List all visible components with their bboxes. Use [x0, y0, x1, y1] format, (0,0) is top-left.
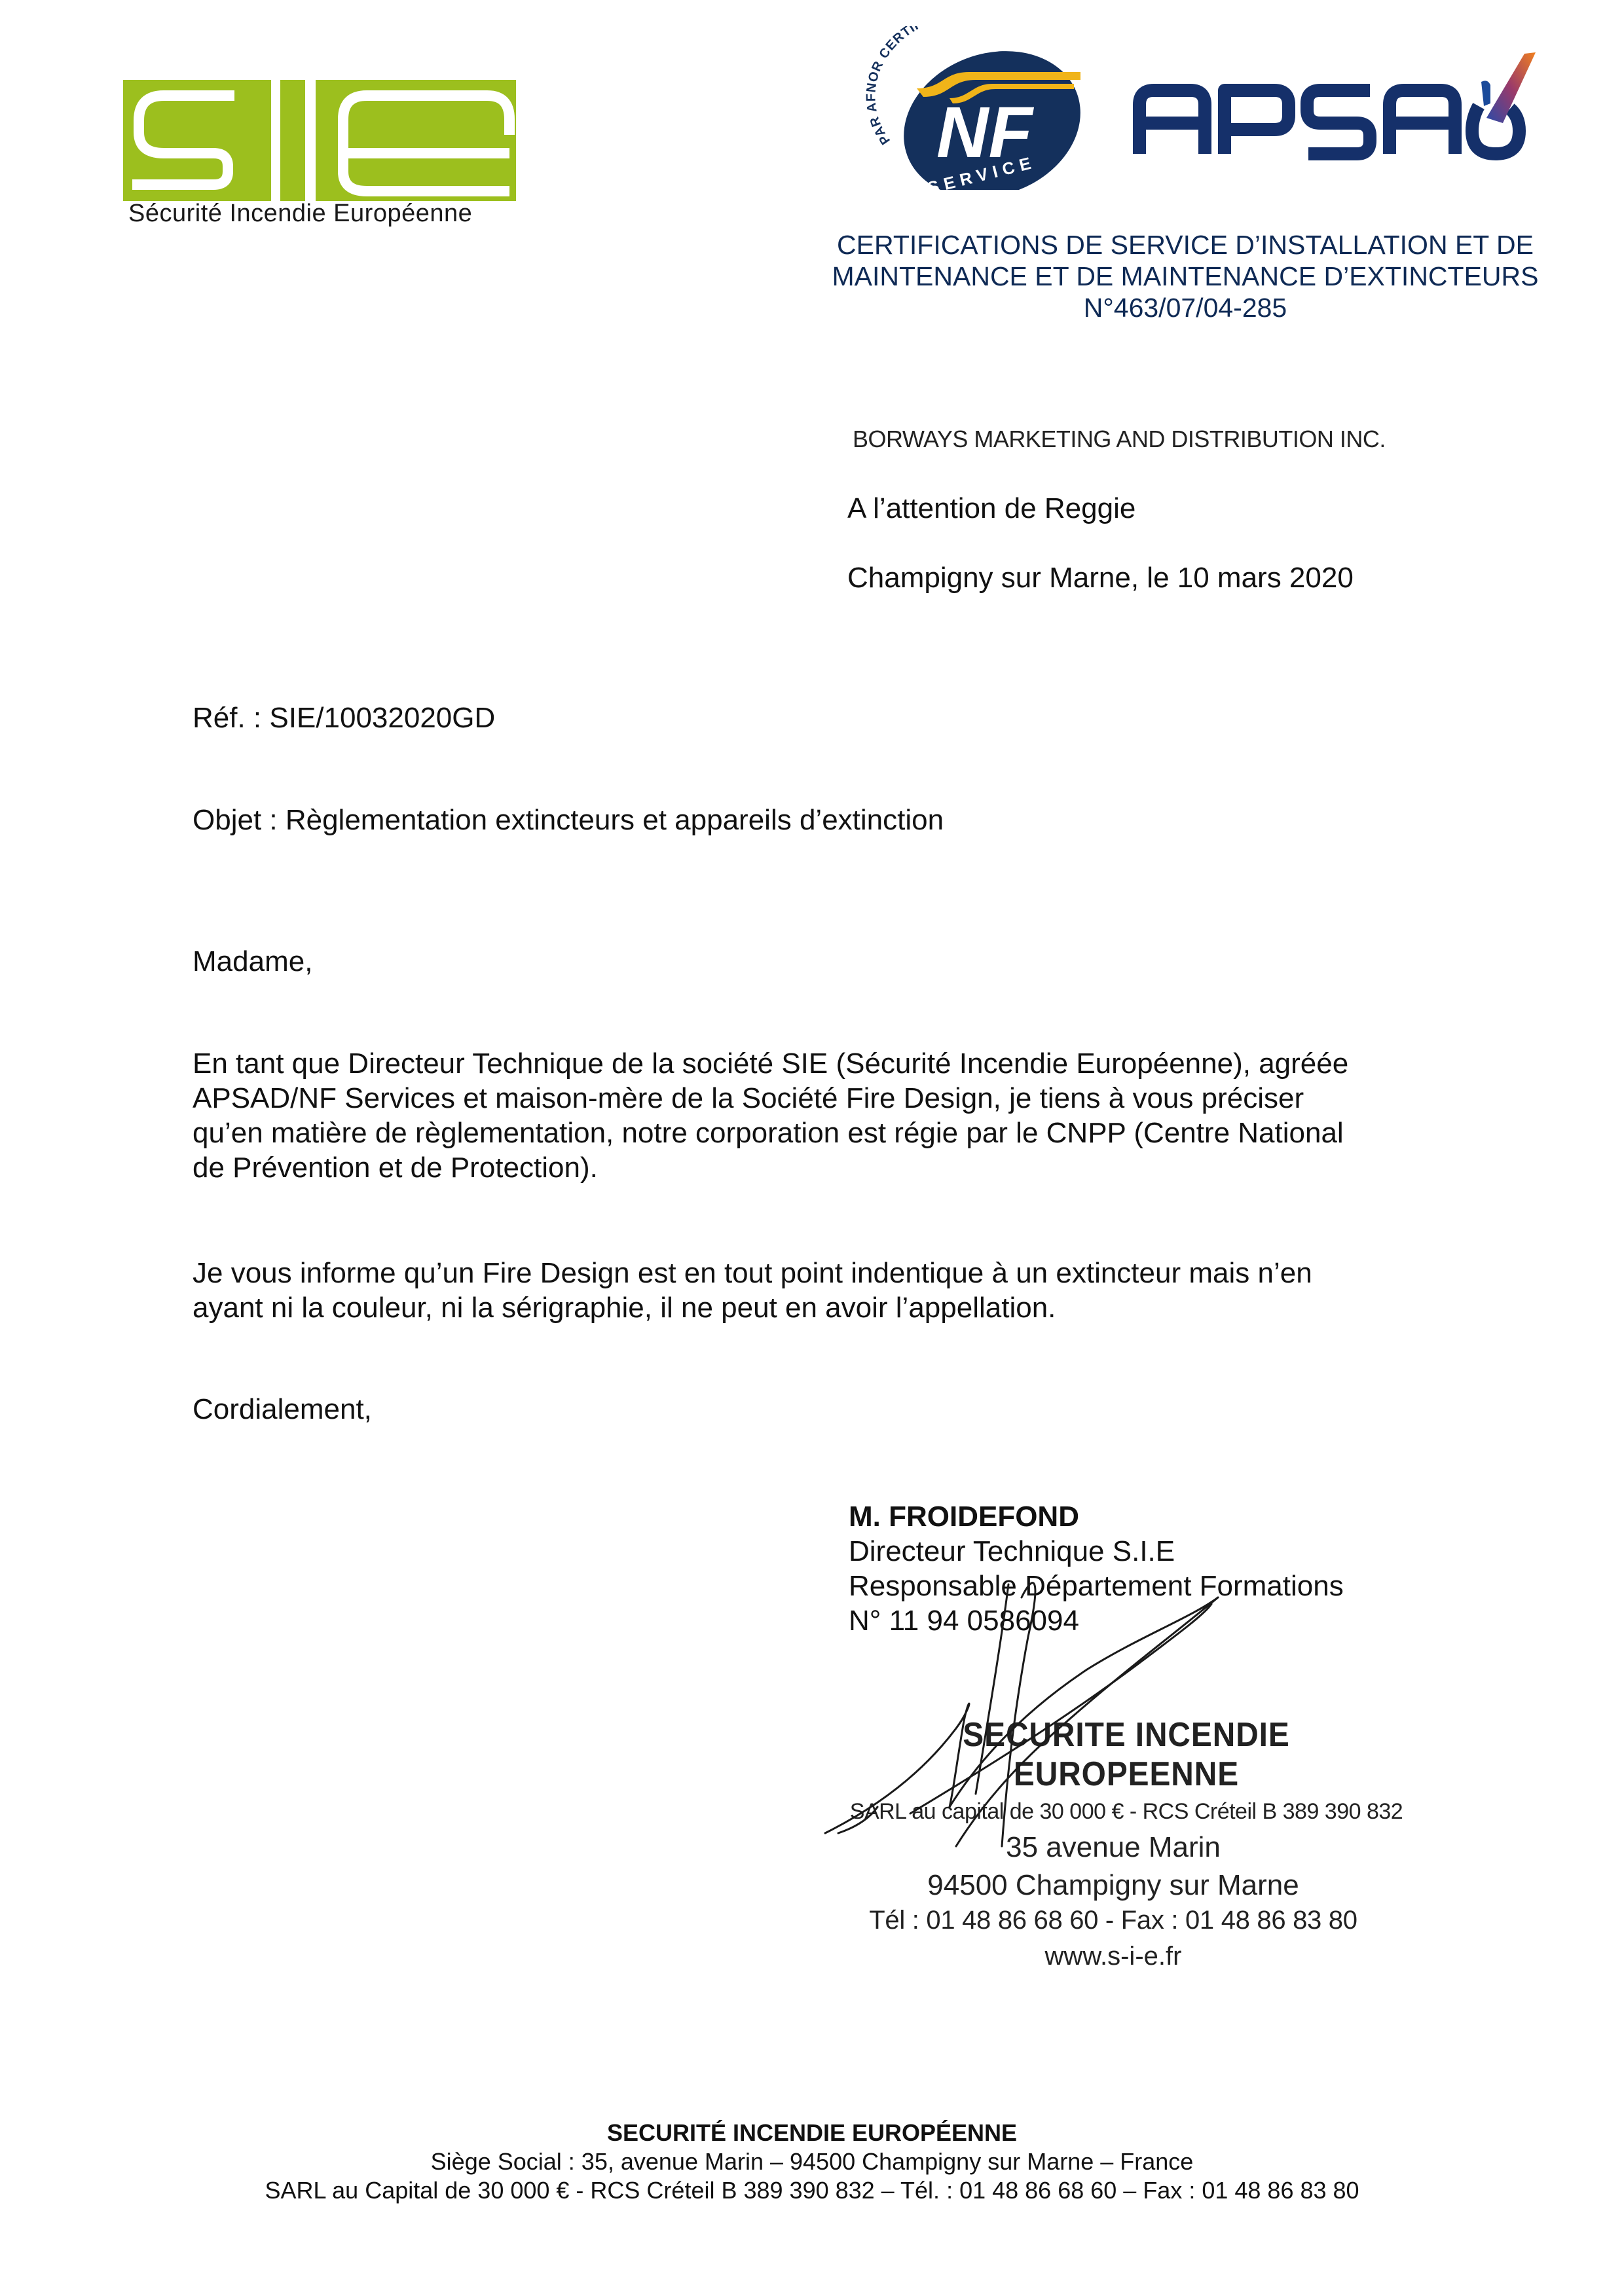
signer-number: N° 11 94 0586094	[849, 1603, 1344, 1638]
body-line: APSAD/NF Services et maison-mère de la S…	[193, 1081, 1437, 1116]
recipient-company: BORWAYS MARKETING AND DISTRIBUTION INC.	[853, 426, 1386, 453]
salutation: Madame,	[193, 945, 312, 978]
body-line: Je vous informe qu’un Fire Design est en…	[193, 1256, 1437, 1290]
reference: Réf. : SIE/10032020GD	[193, 702, 495, 735]
signature-block: M. FROIDEFOND Directeur Technique S.I.E …	[849, 1499, 1344, 1638]
certification-number: N°463/07/04-285	[819, 292, 1552, 323]
certification-line-2: MAINTENANCE ET DE MAINTENANCE D’EXTINCTE…	[819, 261, 1552, 292]
nf-service-logo: NF SERVICE PAR AFNOR CERTIFICATION	[864, 26, 1100, 190]
sie-logo-mark	[123, 80, 516, 201]
footer-legal: SARL au Capital de 30 000 € - RCS Crétei…	[157, 2176, 1467, 2205]
stamp-city: 94500 Champigny sur Marne	[819, 1869, 1408, 1902]
recipient-attention: A l’attention de Reggie	[847, 492, 1135, 525]
body-paragraph-2: Je vous informe qu’un Fire Design est en…	[193, 1256, 1437, 1325]
subject: Objet : Règlementation extincteurs et ap…	[193, 804, 944, 837]
stamp-legal: SARL au capital de 30 000 € - RCS Crétei…	[845, 1799, 1408, 1825]
apsad-logo	[1120, 46, 1539, 164]
body-line: de Prévention et de Protection).	[193, 1150, 1437, 1185]
signer-department: Responsable Département Formations	[849, 1569, 1344, 1603]
footer-company: SECURITÉ INCENDIE EUROPÉENNE	[157, 2119, 1467, 2147]
closing: Cordialement,	[193, 1393, 372, 1426]
sie-logo: Sécurité Incendie Européenne	[123, 80, 516, 237]
footer-address: Siège Social : 35, avenue Marin – 94500 …	[157, 2147, 1467, 2176]
stamp-phone-fax: Tél : 01 48 86 68 60 - Fax : 01 48 86 83…	[819, 1906, 1408, 1935]
nf-logo-icon: NF SERVICE PAR AFNOR CERTIFICATION	[864, 26, 1100, 190]
certification-line-1: CERTIFICATIONS DE SERVICE D’INSTALLATION…	[819, 229, 1552, 261]
body-line: En tant que Directeur Technique de la so…	[193, 1046, 1437, 1081]
signer-name: M. FROIDEFOND	[849, 1499, 1344, 1534]
stamp-street: 35 avenue Marin	[819, 1831, 1408, 1864]
sie-tagline: Sécurité Incendie Européenne	[128, 200, 472, 228]
body-line: ayant ni la couleur, ni la sérigraphie, …	[193, 1290, 1437, 1325]
place-date: Champigny sur Marne, le 10 mars 2020	[847, 562, 1354, 594]
company-stamp: SECURITE INCENDIE EUROPEENNE SARL au cap…	[819, 1715, 1408, 1971]
body-paragraph-1: En tant que Directeur Technique de la so…	[193, 1046, 1437, 1185]
certification-block: CERTIFICATIONS DE SERVICE D’INSTALLATION…	[819, 229, 1552, 323]
page-footer: SECURITÉ INCENDIE EUROPÉENNE Siège Socia…	[157, 2119, 1467, 2205]
apsad-logo-icon	[1120, 46, 1539, 164]
signer-title: Directeur Technique S.I.E	[849, 1534, 1344, 1569]
stamp-company: SECURITE INCENDIE EUROPEENNE	[867, 1715, 1385, 1794]
body-line: qu’en matière de règlementation, notre c…	[193, 1116, 1437, 1150]
stamp-website: www.s-i-e.fr	[819, 1942, 1408, 1971]
